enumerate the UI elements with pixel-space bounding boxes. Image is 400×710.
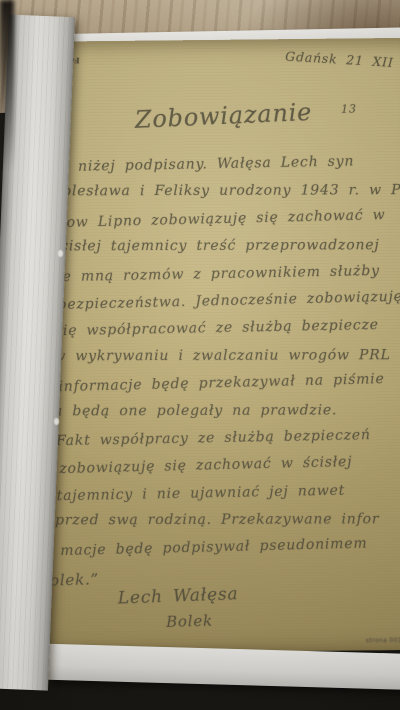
page-number: 13 xyxy=(341,102,357,115)
photo-of-document: Fot. XXXVI Gdańsk 21 XII 19 13 Zobowiąza… xyxy=(0,0,400,710)
body-line: Bolesława i Feliksy urodzony 1943 r. w P… xyxy=(52,182,400,211)
document-page: Fot. XXXVI Gdańsk 21 XII 19 13 Zobowiąza… xyxy=(16,38,400,654)
document-date: Gdańsk 21 XII 19 xyxy=(285,48,400,71)
body-line: ścisłej tajemnicy treść przeprowadzonej xyxy=(52,237,400,266)
document-title: Zobowiązanie xyxy=(134,98,312,134)
signature-name: Lech Wałęsa xyxy=(117,584,238,608)
paper-speck xyxy=(54,418,59,425)
book-spine-shadow xyxy=(0,0,14,170)
signature-pseudonym: Bolek xyxy=(166,612,213,631)
paper-speck xyxy=(58,250,63,257)
document-body: Ja niżej podpisany. Wałęsa Lech syn Bole… xyxy=(51,154,400,596)
body-line: a będą one polegały na prawdzie. xyxy=(54,402,400,431)
body-line: się współpracować ze służbą bezpiecze xyxy=(55,317,400,351)
body-line: informacje będę przekazywał na piśmie xyxy=(58,370,400,406)
archive-page-stamp: strona 0013 xyxy=(366,637,400,644)
